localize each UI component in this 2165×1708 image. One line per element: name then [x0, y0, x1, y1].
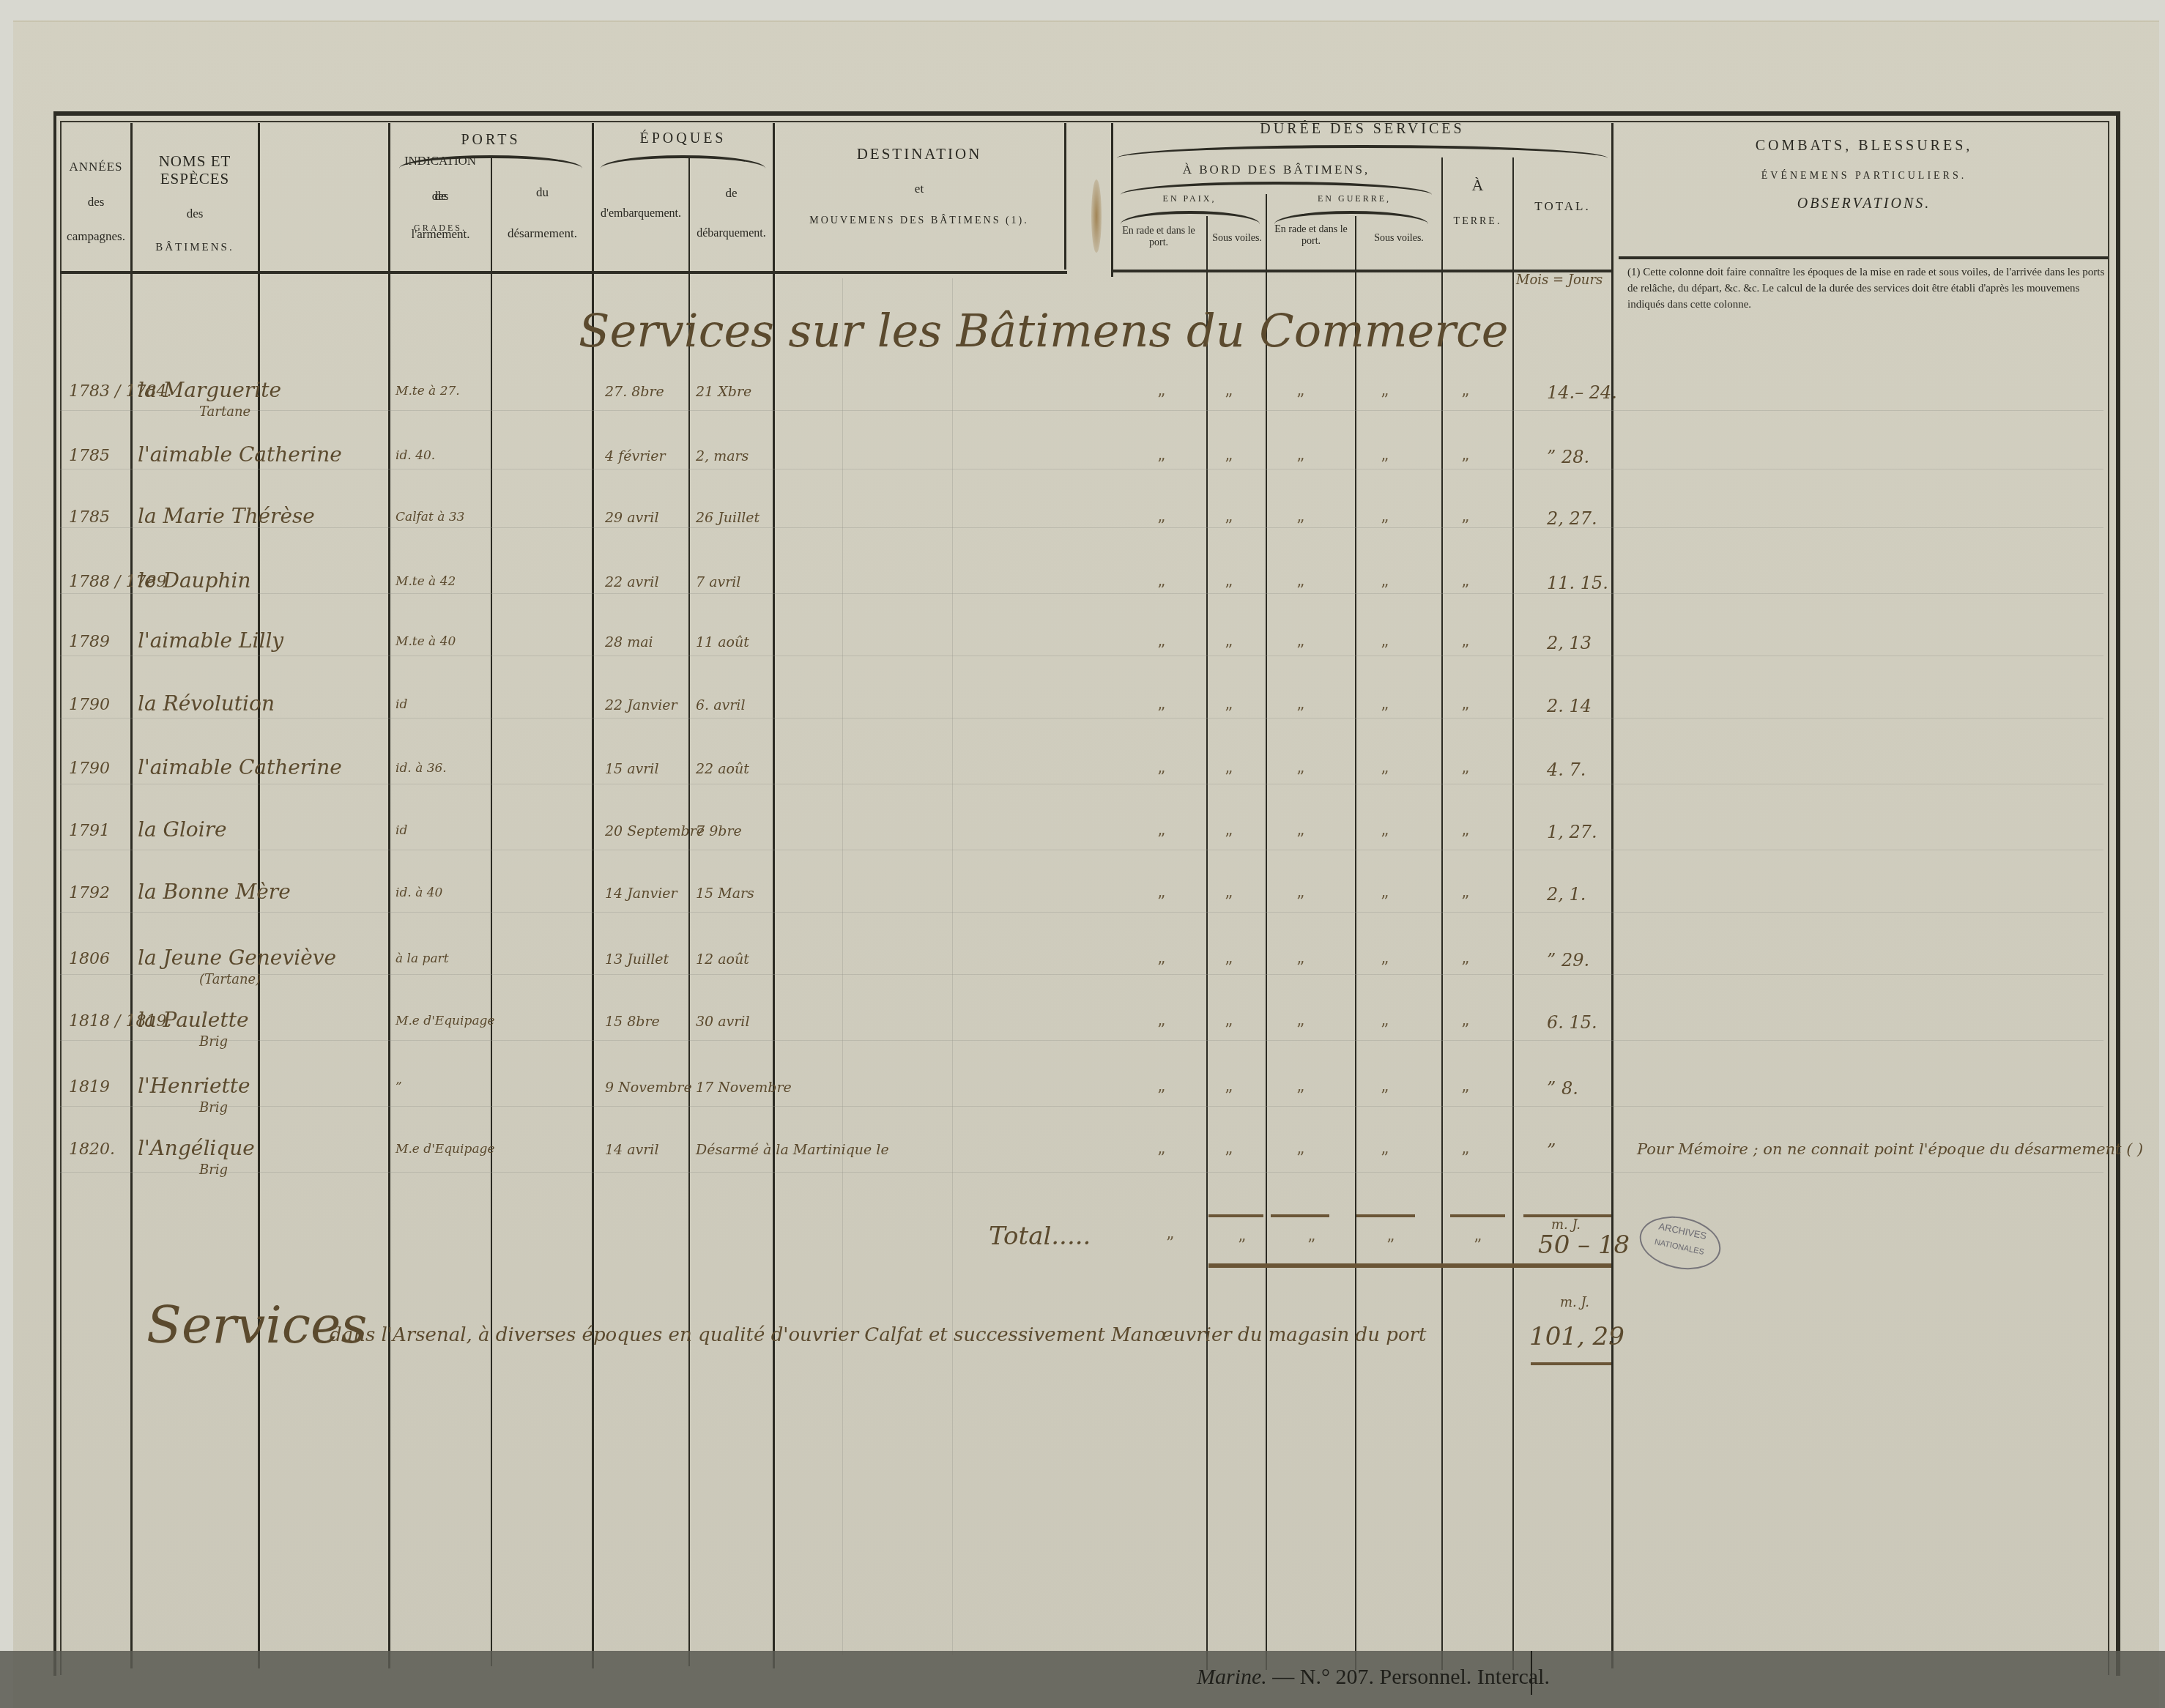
ditto-mark: ”: [1381, 831, 1389, 849]
row-ship-name: l'aimable Catherine: [138, 442, 342, 467]
row-embark-date: 20 Septembre: [605, 823, 705, 839]
row-embark-date: 14 avril: [605, 1142, 659, 1158]
row-grade: id. à 40: [396, 885, 442, 900]
ditto-mark: ”: [1225, 582, 1233, 600]
arsenal-description: dans l'Arsenal, à diverses époques en qu…: [330, 1324, 1426, 1346]
header-destination: DESTINATION et MOUVEMENS DES BÂTIMENS (1…: [774, 145, 1064, 227]
row-embark-date: 4 février: [605, 448, 666, 464]
row-ship-name: l'Angélique: [138, 1136, 255, 1160]
header-ports-armement: de l'armement.: [390, 189, 491, 241]
row-disembark-date: 7 9bre: [696, 823, 742, 839]
ditto-mark: ”: [1296, 517, 1304, 535]
row-total-duration: 6. 15.: [1547, 1012, 1597, 1033]
ditto-mark: ”: [1157, 1149, 1165, 1167]
ditto-mark: ”: [1225, 517, 1233, 535]
ditto-mark: ”: [1381, 959, 1389, 977]
ditto-mark: ”: [1225, 391, 1233, 409]
ditto-mark: ”: [1225, 768, 1233, 787]
row-total-duration: 2, 27.: [1547, 508, 1597, 529]
row-disembark-date: 30 avril: [696, 1014, 750, 1030]
row-ship-name: la Marie Thérèse: [138, 504, 315, 528]
row-total-duration: 1, 27.: [1547, 822, 1597, 842]
ditto-mark: ”: [1157, 768, 1165, 787]
ditto-mark: ”: [1157, 959, 1165, 977]
row-embark-date: 9 Novembre: [605, 1080, 692, 1096]
footer-bar: [0, 1651, 2165, 1708]
row-total-duration: ” 29.: [1547, 950, 1589, 970]
ditto-mark: ”: [1157, 517, 1165, 535]
row-grade: Calfat à 33: [396, 510, 464, 524]
arsenal-units: m. J.: [1560, 1295, 1589, 1310]
row-disembark-date: 21 Xbre: [696, 384, 751, 400]
row-years: 1792: [69, 884, 110, 902]
row-embark-date: 27. 8bre: [605, 384, 664, 400]
ditto-mark: ”: [1381, 1021, 1389, 1039]
row-years: 1806: [69, 950, 110, 968]
header-paix-en-rade: En rade et dans le port.: [1112, 226, 1206, 249]
header-en-guerre: EN GUERRE,: [1267, 194, 1441, 204]
ditto-mark: ”: [1157, 391, 1165, 409]
row-grade: id: [396, 697, 407, 712]
row-embark-date: 14 Janvier: [605, 885, 677, 902]
header-rule-left: [60, 271, 1067, 274]
header-ports-title: PORTS: [390, 132, 592, 149]
row-grade: ”: [396, 1080, 402, 1094]
row-embark-date: 22 avril: [605, 574, 659, 590]
row-disembark-date: 17 Novembre: [696, 1080, 792, 1096]
header-paix-sous-voiles: Sous voiles.: [1208, 233, 1266, 245]
row-embark-date: 28 mai: [605, 634, 653, 650]
header-guerre-sous-voiles: Sous voiles.: [1356, 233, 1441, 245]
row-ship-name: le Dauphin: [138, 568, 251, 593]
row-total-duration: 11. 15.: [1547, 573, 1608, 593]
header-guerre-en-rade: En rade et dans le port.: [1267, 224, 1355, 248]
ditto-mark: ”: [1381, 642, 1389, 660]
ditto-mark: ”: [1381, 705, 1389, 723]
ditto-mark: ”: [1461, 893, 1469, 911]
ditto-mark: ”: [1461, 831, 1469, 849]
row-disembark-date: 22 août: [696, 761, 749, 777]
row-grade: M.e d'Equipage: [396, 1142, 494, 1156]
row-embark-date: 22 Janvier: [605, 697, 677, 713]
row-ship-type: (Tartane): [199, 972, 261, 987]
ditto-mark: ”: [1461, 642, 1469, 660]
ditto-mark: ”: [1381, 517, 1389, 535]
ditto-mark: ”: [1461, 1021, 1469, 1039]
row-ship-name: l'Henriette: [138, 1074, 250, 1098]
row-ship-name: la Bonne Mère: [138, 880, 291, 904]
row-years: 1789: [69, 633, 110, 651]
ditto-mark: ”: [1461, 582, 1469, 600]
col-line-observations: [1611, 123, 1613, 1668]
row-disembark-date: 7 avril: [696, 574, 740, 590]
ditto-mark: ”: [1157, 642, 1165, 660]
ditto-mark: ”: [1157, 582, 1165, 600]
ditto-mark: ”: [1225, 831, 1233, 849]
row-ship-type: Tartane: [199, 404, 250, 420]
row-ship-name: la Paulette: [138, 1008, 248, 1032]
ditto-mark: ”: [1225, 959, 1233, 977]
ditto-mark: ”: [1296, 642, 1304, 660]
row-grade: M.e d'Equipage: [396, 1014, 494, 1028]
ditto-mark: ”: [1225, 893, 1233, 911]
ditto-mark: ”: [1296, 456, 1304, 474]
footer-caption: Marine. — N.° 207. Personnel. Intercal.: [1197, 1665, 1550, 1690]
row-years: 1820.: [69, 1140, 115, 1159]
subtotal-value: 50 – 18: [1538, 1230, 1630, 1260]
col-line-paix-rade: [1206, 216, 1208, 1670]
row-total-duration: 4. 7.: [1547, 760, 1586, 780]
col-line-grades: [388, 123, 390, 1668]
row-embark-date: 29 avril: [605, 510, 659, 526]
row-disembark-date: Désarmé à la Martinique le: [696, 1142, 889, 1158]
row-disembark-date: 26 Juillet: [696, 510, 760, 526]
ditto-mark: ”: [1225, 1149, 1233, 1167]
arsenal-value: 101, 29: [1529, 1322, 1624, 1351]
ditto-mark: ”: [1225, 642, 1233, 660]
ditto-mark: ”: [1157, 831, 1165, 849]
row-total-duration: ” 28.: [1547, 447, 1589, 467]
row-total-duration: ” 8.: [1547, 1078, 1578, 1099]
row-years: 1791: [69, 822, 110, 840]
row-ship-type: Brig: [199, 1034, 228, 1050]
ditto-mark: ”: [1381, 768, 1389, 787]
ditto-mark: ”: [1296, 959, 1304, 977]
ditto-mark: ”: [1296, 893, 1304, 911]
header-noms: NOMS ET ESPÈCES des BÂTIMENS.: [132, 152, 258, 254]
col-line-total: [1512, 157, 1514, 1670]
ditto-mark: ”: [1296, 768, 1304, 787]
row-grade: M.te à 42: [396, 574, 456, 589]
row-ship-name: la Jeune Geneviève: [138, 946, 336, 970]
ditto-mark: ”: [1461, 705, 1469, 723]
row-ship-name: la Marguerite: [138, 378, 281, 402]
ditto-mark: ”: [1381, 893, 1389, 911]
ditto-mark: ”: [1381, 391, 1389, 409]
total-units-label: Mois = Jours: [1516, 272, 1603, 288]
row-ship-name: l'aimable Catherine: [138, 755, 342, 779]
ditto-mark: ”: [1296, 391, 1304, 409]
header-annees: ANNÉES des campagnes.: [62, 160, 130, 244]
row-grade: M.te à 40: [396, 634, 456, 649]
row-ship-name: l'aimable Lilly: [138, 628, 283, 653]
row-grade: id. à 36.: [396, 761, 447, 776]
row-total-duration: ”: [1547, 1140, 1556, 1161]
row-disembark-date: 6. avril: [696, 697, 745, 713]
ditto-mark: ”: [1225, 1021, 1233, 1039]
header-en-paix: EN PAIX,: [1113, 194, 1266, 204]
row-disembark-date: 11 août: [696, 634, 749, 650]
header-rule-observations: [1619, 256, 2108, 259]
row-grade: id: [396, 823, 407, 838]
ditto-mark: ”: [1225, 705, 1233, 723]
row-disembark-date: 15 Mars: [696, 885, 754, 902]
row-years: 1790: [69, 760, 110, 778]
ditto-mark: ”: [1461, 1087, 1469, 1105]
ditto-mark: ”: [1296, 1087, 1304, 1105]
row-ship-name: la Gloire: [138, 817, 227, 842]
ditto-mark: ”: [1296, 831, 1304, 849]
subtotal-label: Total.....: [989, 1222, 1091, 1251]
header-total: TOTAL.: [1514, 199, 1611, 214]
row-embark-date: 15 avril: [605, 761, 659, 777]
ditto-mark: ”: [1461, 391, 1469, 409]
row-years: 1785: [69, 447, 110, 465]
ditto-mark: ”: [1381, 582, 1389, 600]
row-years: 1819: [69, 1078, 110, 1096]
row-disembark-date: 2, mars: [696, 448, 749, 464]
ditto-mark: ”: [1157, 1021, 1165, 1039]
row-embark-date: 15 8bre: [605, 1014, 660, 1030]
row-total-duration: 2. 14: [1547, 696, 1592, 716]
col-line-paix-guerre: [1266, 194, 1267, 1670]
ditto-mark: ”: [1461, 517, 1469, 535]
header-a-bord: À BORD DES BÂTIMENS,: [1113, 163, 1439, 177]
ditto-mark: ”: [1225, 1087, 1233, 1105]
ditto-mark: ”: [1296, 1149, 1304, 1167]
row-total-duration: 2, 13: [1547, 633, 1592, 653]
row-grade: à la part: [396, 951, 449, 966]
header-epoques-title: ÉPOQUES: [593, 130, 773, 147]
header-epoques-embarquement: d'embarquement.: [593, 207, 688, 220]
col-line-destination: [1064, 123, 1066, 270]
ditto-mark: ”: [1461, 1149, 1469, 1167]
ditto-mark: ”: [1296, 582, 1304, 600]
header-epoques-debarquement: de débarquement.: [690, 186, 773, 240]
header-a-terre: À TERRE.: [1443, 176, 1512, 228]
ditto-mark: ”: [1296, 705, 1304, 723]
ditto-mark: ”: [1381, 1087, 1389, 1105]
ditto-mark: ”: [1157, 456, 1165, 474]
ditto-mark: ”: [1157, 893, 1165, 911]
row-disembark-date: 12 août: [696, 951, 749, 968]
row-total-duration: 14.– 24.: [1547, 382, 1617, 403]
ditto-mark: ”: [1381, 456, 1389, 474]
ditto-mark: ”: [1461, 456, 1469, 474]
row-grade: M.te à 27.: [396, 384, 460, 398]
ditto-mark: ”: [1296, 1021, 1304, 1039]
header-duree-title: DURÉE DES SERVICES: [1113, 121, 1611, 138]
ditto-mark: ”: [1461, 959, 1469, 977]
col-line-annees: [130, 123, 133, 1668]
ditto-mark: ”: [1381, 1149, 1389, 1167]
row-ship-type: Brig: [199, 1100, 228, 1115]
header-ports-desarmement: du désarmement.: [493, 185, 592, 240]
row-ship-name: la Révolution: [138, 691, 275, 716]
row-total-duration: 2, 1.: [1547, 884, 1586, 905]
ditto-mark: ”: [1157, 1087, 1165, 1105]
ditto-mark: ”: [1225, 456, 1233, 474]
row-embark-date: 13 Juillet: [605, 951, 669, 968]
col-line-guerre-rade: [1355, 216, 1356, 1670]
row-observation: Pour Mémoire ; on ne connait point l'épo…: [1637, 1140, 2143, 1158]
row-years: 1790: [69, 696, 110, 714]
row-grade: id. 40.: [396, 448, 435, 463]
ditto-mark: ”: [1157, 705, 1165, 723]
col-line-terre: [1441, 157, 1443, 1670]
footnote: (1) Cette colonne doit faire connaître l…: [1627, 265, 2111, 313]
row-years: 1785: [69, 508, 110, 527]
header-observations: COMBATS, BLESSURES, ÉVÉNEMENS PARTICULIE…: [1619, 138, 2109, 212]
row-ship-type: Brig: [199, 1162, 228, 1178]
ditto-mark: ”: [1461, 768, 1469, 787]
section-title-commerce: Services sur les Bâtimens du Commerce: [579, 304, 1508, 357]
